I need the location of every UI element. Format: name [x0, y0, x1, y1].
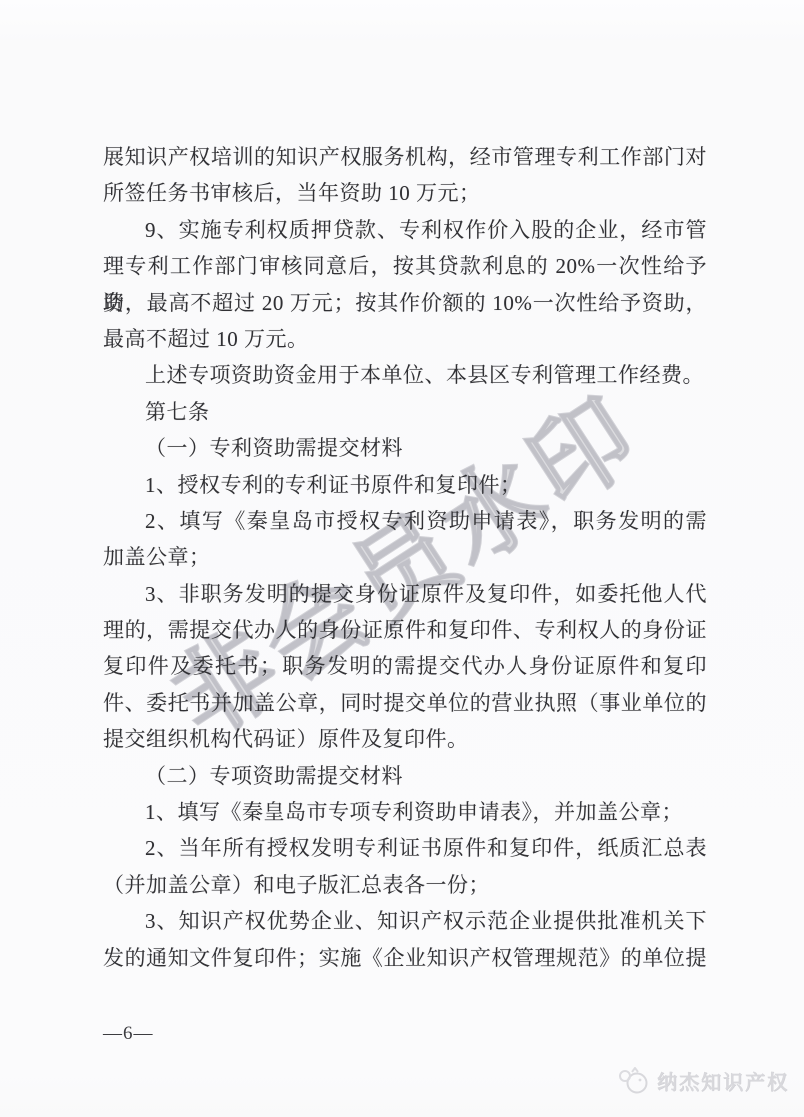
page-number: —6—	[103, 1023, 154, 1045]
text-line: 理的，需提交代办人的身份证原件和复印件、专利权人的身份证	[103, 612, 707, 648]
document-page: 非会员水印 展知识产权培训的知识产权服务机构，经市管理专利工作部门对所签任务书审…	[0, 0, 804, 1117]
text-line: 2、当年所有授权发明专利证书原件和复印件，纸质汇总表	[103, 830, 707, 866]
text-line: 上述专项资助资金用于本单位、本县区专利管理工作经费。	[103, 357, 707, 393]
text-line: 展知识产权培训的知识产权服务机构，经市管理专利工作部门对	[103, 139, 707, 175]
text-line: 2、填写《秦皇岛市授权专利资助申请表》，职务发明的需	[103, 503, 707, 539]
text-line: 加盖公章；	[103, 539, 707, 575]
text-line: 件、委托书并加盖公章，同时提交单位的营业执照（事业单位的	[103, 685, 707, 721]
text-line: 提交组织机构代码证）原件及复印件。	[103, 721, 707, 757]
document-body: 展知识产权培训的知识产权服务机构，经市管理专利工作部门对所签任务书审核后，当年资…	[103, 139, 707, 976]
text-line: 所签任务书审核后，当年资助 10 万元；	[103, 175, 707, 211]
text-line: 3、知识产权优势企业、知识产权示范企业提供批准机关下	[103, 903, 707, 939]
text-line: 1、填写《秦皇岛市专项专利资助申请表》，并加盖公章；	[103, 794, 707, 830]
text-line: （二）专项资助需提交材料	[103, 758, 707, 794]
text-line: 发的通知文件复印件；实施《企业知识产权管理规范》的单位提	[103, 940, 707, 976]
footer-logo-text: 纳杰知识产权	[657, 1066, 789, 1095]
text-line: （并加盖公章）和电子版汇总表各一份；	[103, 867, 707, 903]
text-line: 最高不超过 10 万元。	[103, 321, 707, 357]
text-line: 3、非职务发明的提交身份证原件及复印件，如委托他人代	[103, 576, 707, 612]
mascot-icon	[616, 1067, 652, 1095]
footer-logo: 纳杰知识产权	[616, 1066, 789, 1095]
text-line: 第七条	[103, 394, 707, 430]
text-line: （一）专利资助需提交材料	[103, 430, 707, 466]
text-line: 助，最高不超过 20 万元；按其作价额的 10%一次性给予资助，	[103, 285, 707, 321]
text-line: 1、授权专利的专利证书原件和复印件；	[103, 467, 707, 503]
text-line: 理专利工作部门审核同意后，按其贷款利息的 20%一次性给予资	[103, 248, 707, 284]
text-line: 复印件及委托书；职务发明的需提交代办人身份证原件和复印	[103, 648, 707, 684]
text-line: 9、实施专利权质押贷款、专利权作价入股的企业，经市管	[103, 212, 707, 248]
